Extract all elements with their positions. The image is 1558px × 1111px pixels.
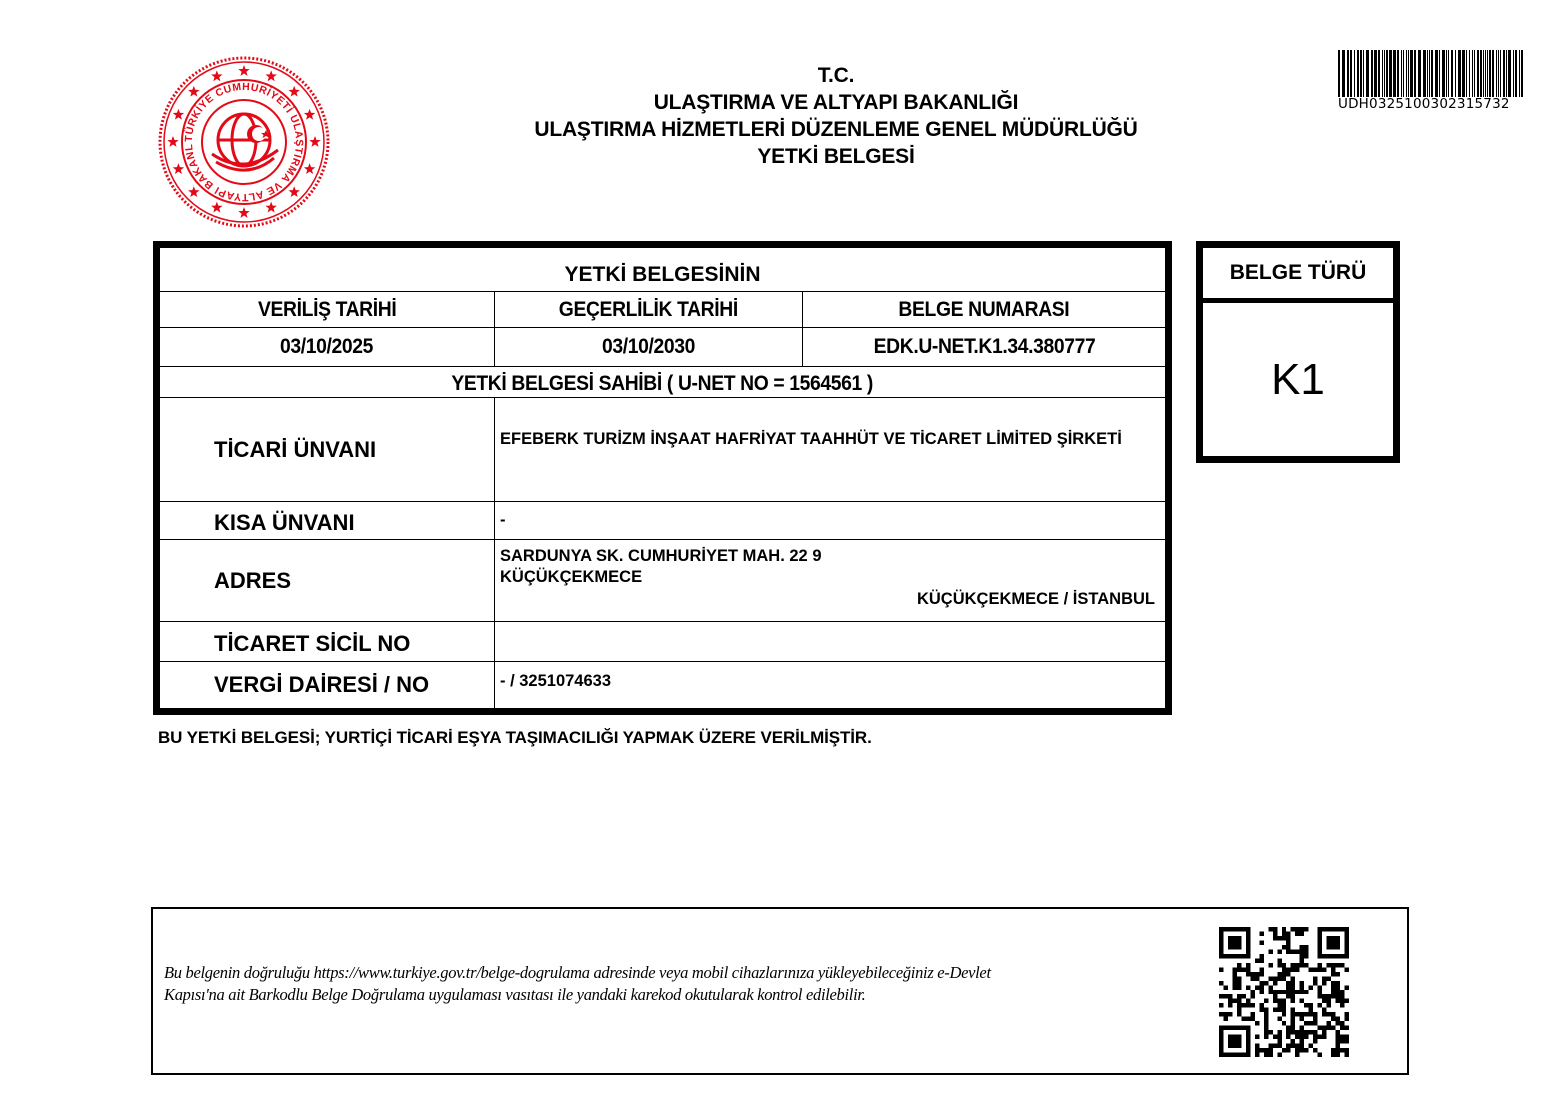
header-document-title: YETKİ BELGESİ (480, 143, 1192, 170)
section-title: YETKİ BELGESİNİN (160, 248, 1165, 291)
issue-date: 03/10/2025 (280, 335, 373, 359)
barcode-number: UDH0325100302315732 (1338, 97, 1526, 112)
verification-line-1: Bu belgenin doğruluğu https://www.turkiy… (164, 962, 1174, 984)
issue-date-header: VERİLİŞ TARİHİ (258, 298, 396, 322)
owner-title-row: YETKİ BELGESİ SAHİBİ ( U-NET NO = 156456… (160, 367, 1165, 398)
qr-code-icon (1219, 927, 1349, 1057)
field-row-tax-office: VERGİ DAİRESİ / NO - / 3251074633 (160, 662, 1165, 708)
column-header-row: VERİLİŞ TARİHİ GEÇERLİLİK TARİHİ BELGE N… (160, 292, 1165, 328)
field-label: TİCARET SİCİL NO (160, 622, 494, 661)
document-number: EDK.U-NET.K1.34.380777 (873, 335, 1095, 359)
address-city: KÜÇÜKÇEKMECE / İSTANBUL (500, 588, 1165, 610)
values-row: 03/10/2025 03/10/2030 EDK.U-NET.K1.34.38… (160, 328, 1165, 367)
field-label: ADRES (160, 540, 494, 621)
field-value: - / 3251074633 (494, 662, 1165, 708)
header-tc: T.C. (480, 62, 1192, 89)
field-label: KISA ÜNVANI (160, 502, 494, 539)
document-type-box: BELGE TÜRÜ K1 (1196, 241, 1400, 463)
field-row-short-name: KISA ÜNVANI - (160, 502, 1165, 540)
document-type-title: BELGE TÜRÜ (1203, 248, 1393, 303)
barcode: UDH0325100302315732 (1338, 50, 1526, 112)
field-row-address: ADRES SARDUNYA SK. CUMHURİYET MAH. 22 9 … (160, 540, 1165, 622)
field-row-trade-registry: TİCARET SİCİL NO (160, 622, 1165, 662)
barcode-icon (1338, 50, 1526, 97)
address-line-1: SARDUNYA SK. CUMHURİYET MAH. 22 9 (500, 546, 1165, 567)
certificate-table: YETKİ BELGESİNİN VERİLİŞ TARİHİ GEÇERLİL… (153, 241, 1172, 715)
field-value: SARDUNYA SK. CUMHURİYET MAH. 22 9 KÜÇÜKÇ… (494, 540, 1165, 621)
verification-box: Bu belgenin doğruluğu https://www.turkiy… (151, 907, 1409, 1075)
verification-text: Bu belgenin doğruluğu https://www.turkiy… (164, 962, 1174, 1006)
field-label: TİCARİ ÜNVANI (160, 398, 494, 501)
header-ministry: ULAŞTIRMA VE ALTYAPI BAKANLIĞI (480, 89, 1192, 116)
document-type-value: K1 (1203, 303, 1393, 456)
field-row-trade-name: TİCARİ ÜNVANI EFEBERK TURİZM İNŞAAT HAFR… (160, 398, 1165, 502)
svg-text:TÜRKİYE CUMHURİYETİ ULAŞTIRMA: TÜRKİYE CUMHURİYETİ ULAŞTIRMA VE ALTYAPI… (156, 54, 305, 203)
ministry-seal-icon: TÜRKİYE CUMHURİYETİ ULAŞTIRMA VE ALTYAPI… (156, 54, 332, 230)
verification-line-2: Kapısı'na ait Barkodlu Belge Doğrulama u… (164, 984, 1174, 1006)
validity-date: 03/10/2030 (602, 335, 695, 359)
header-directorate: ULAŞTIRMA HİZMETLERİ DÜZENLEME GENEL MÜD… (480, 116, 1192, 143)
authorization-note: BU YETKİ BELGESİ; YURTİÇİ TİCARİ EŞYA TA… (158, 728, 872, 748)
field-value: - (494, 502, 1165, 539)
document-number-header: BELGE NUMARASI (899, 298, 1070, 322)
validity-date-header: GEÇERLİLİK TARİHİ (559, 298, 738, 322)
section-title-row: YETKİ BELGESİNİN (160, 248, 1165, 292)
document-header: T.C. ULAŞTIRMA VE ALTYAPI BAKANLIĞI ULAŞ… (480, 62, 1192, 170)
owner-title: YETKİ BELGESİ SAHİBİ ( U-NET NO = 156456… (452, 372, 874, 396)
field-label: VERGİ DAİRESİ / NO (160, 662, 494, 708)
field-value (494, 622, 1165, 661)
address-line-2: KÜÇÜKÇEKMECE (500, 567, 1165, 588)
field-value: EFEBERK TURİZM İNŞAAT HAFRİYAT TAAHHÜT V… (494, 398, 1165, 501)
